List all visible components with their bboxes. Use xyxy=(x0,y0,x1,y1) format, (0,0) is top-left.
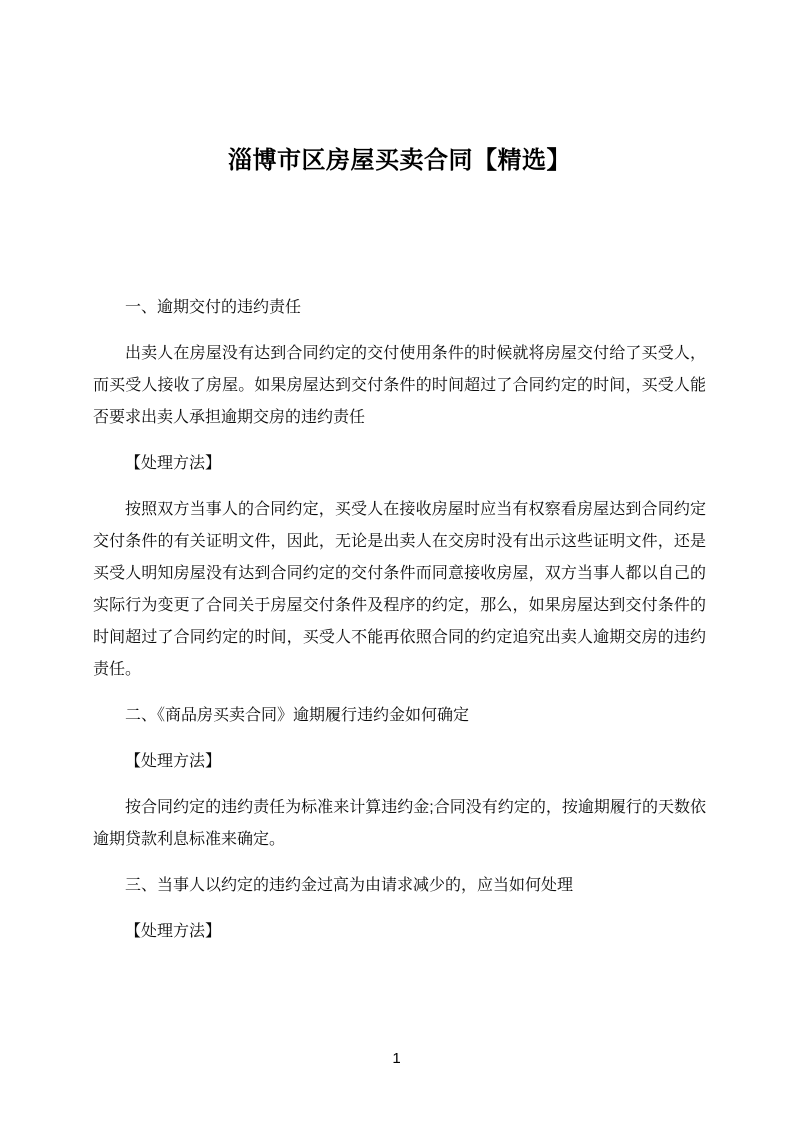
section-1-method-paragraph: 按照双方当事人的合同约定，买受人在接收房屋时应当有权察看房屋达到合同约定交付条件… xyxy=(93,494,706,686)
document-title: 淄博市区房屋买卖合同【精选】 xyxy=(93,144,706,178)
section-3-method-label: 【处理方法】 xyxy=(93,916,706,948)
document-page: 淄博市区房屋买卖合同【精选】 一、逾期交付的违约责任 出卖人在房屋没有达到合同约… xyxy=(0,0,793,1122)
section-1-question-paragraph: 出卖人在房屋没有达到合同约定的交付使用条件的时候就将房屋交付给了买受人，而买受人… xyxy=(93,338,706,434)
section-2-method-label: 【处理方法】 xyxy=(93,746,706,778)
section-3-heading: 三、当事人以约定的违约金过高为由请求减少的，应当如何处理 xyxy=(93,870,706,902)
section-2-method-paragraph: 按合同约定的违约责任为标准来计算违约金;合同没有约定的，按逾期履行的天数依逾期贷… xyxy=(93,792,706,856)
document-body: 一、逾期交付的违约责任 出卖人在房屋没有达到合同约定的交付使用条件的时候就将房屋… xyxy=(93,292,706,948)
section-1-method-label: 【处理方法】 xyxy=(93,448,706,480)
page-number: 1 xyxy=(0,1050,793,1067)
section-2-heading: 二、《商品房买卖合同》逾期履行违约金如何确定 xyxy=(93,700,706,732)
section-1-heading: 一、逾期交付的违约责任 xyxy=(93,292,706,324)
